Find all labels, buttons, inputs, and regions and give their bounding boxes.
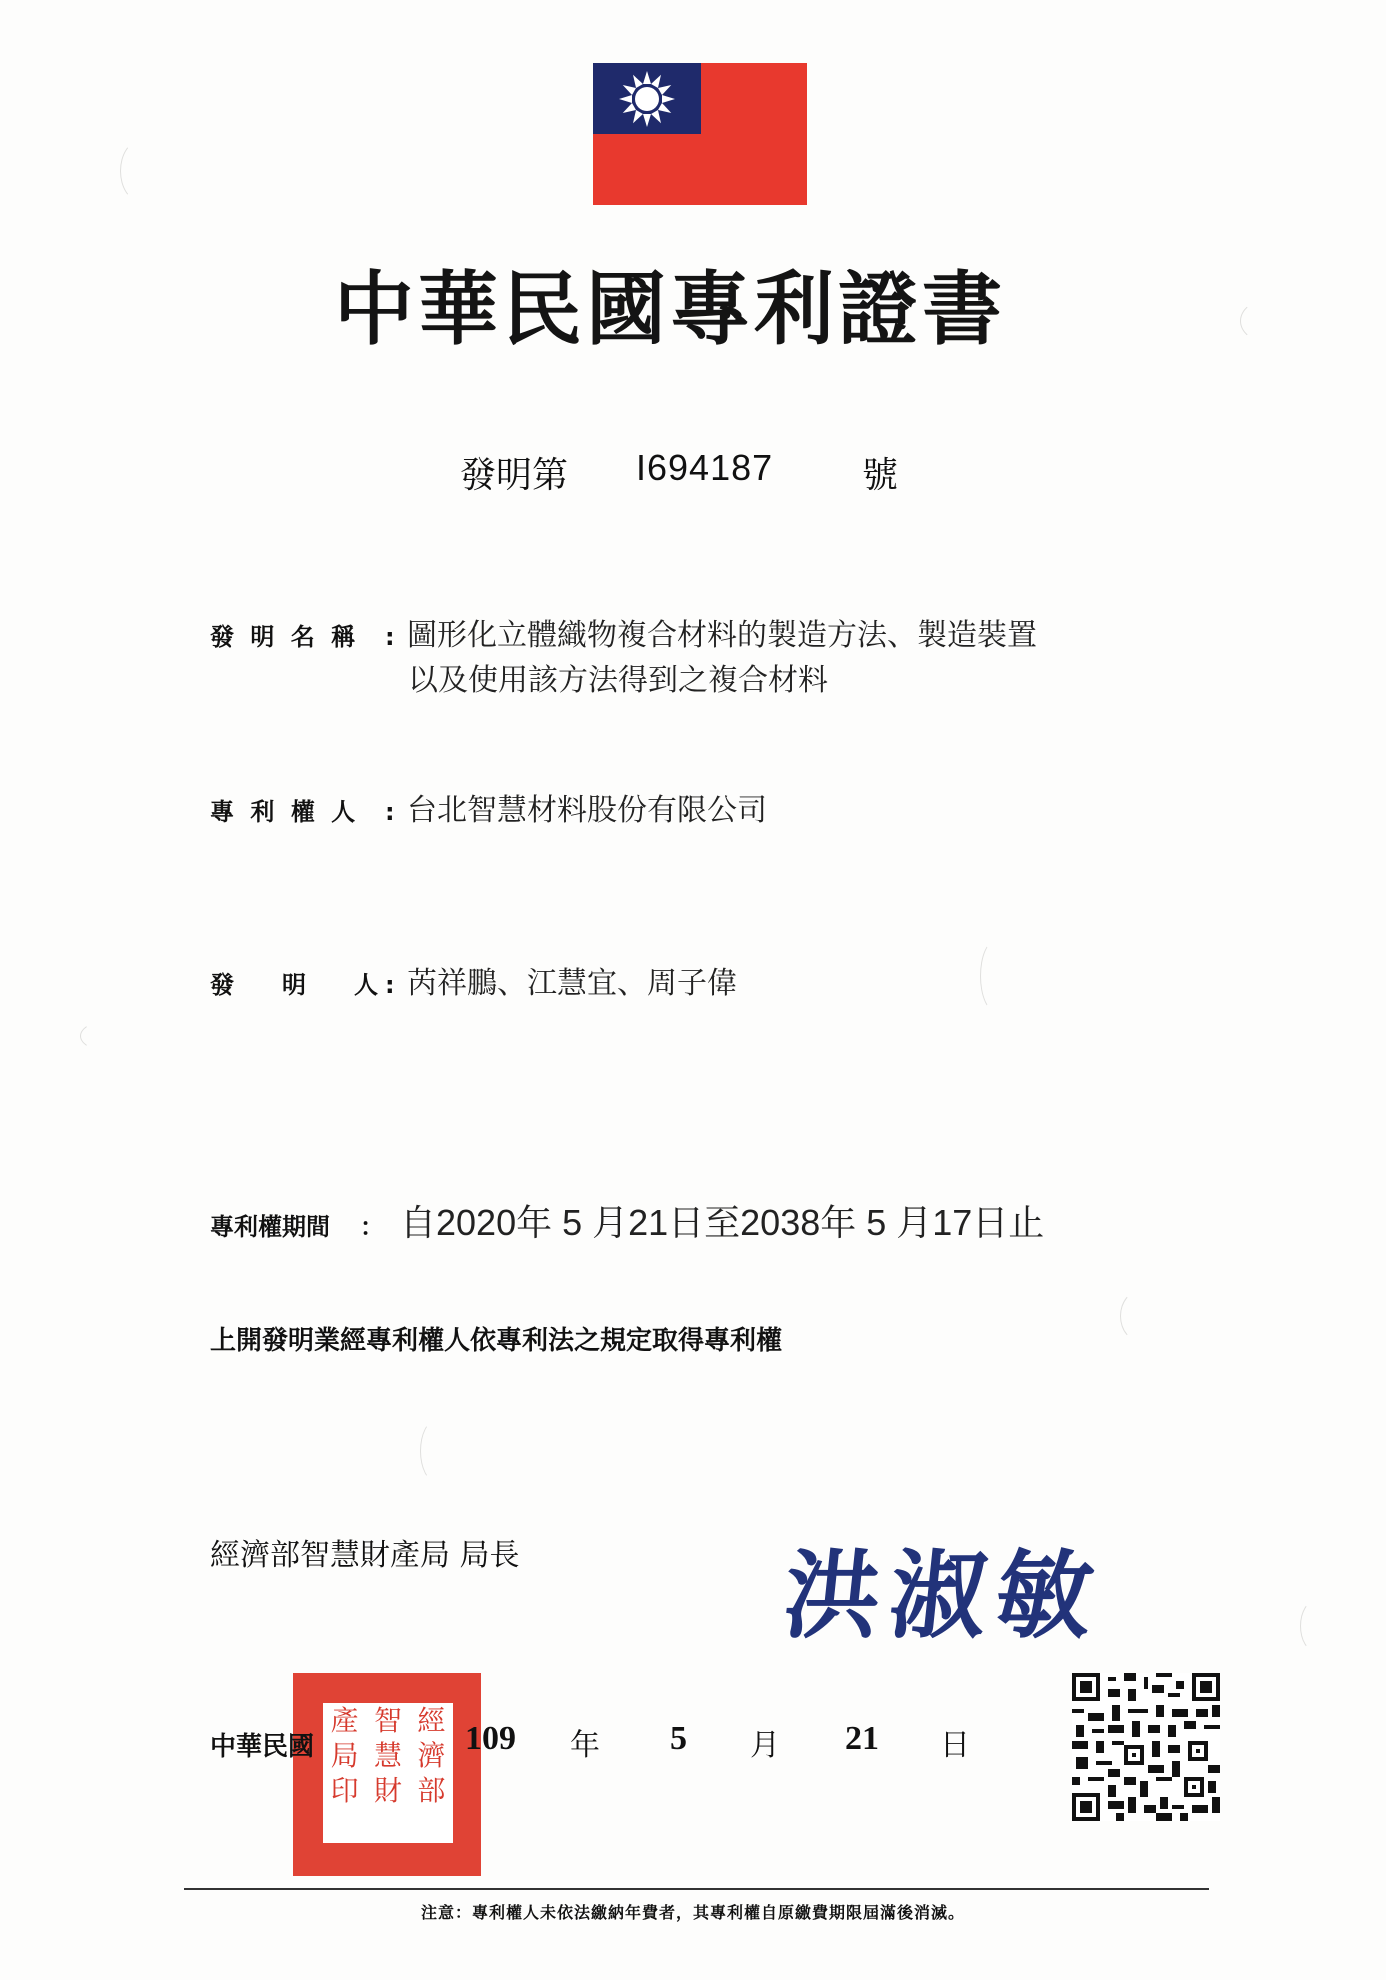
grant-statement: 上開發明業經專利權人依專利法之規定取得專利權 xyxy=(210,1320,782,1357)
patentee-value: 台北智慧材料股份有限公司 xyxy=(407,785,767,829)
inventors-row: 發 明 人:芮祥鵬、江慧宜、周子偉 xyxy=(210,958,737,1002)
term-row: 專利權期間：自2020年 5 月21日至2038年 5 月17日止 xyxy=(210,1195,1044,1246)
verification-qr-code[interactable] xyxy=(1072,1673,1220,1821)
seal-glyph: 經 xyxy=(410,1703,453,1738)
inventors-label: 發 明 人 xyxy=(210,965,385,1000)
invention-title-line-2: 以及使用該方法得到之複合材料 xyxy=(408,655,828,699)
seal-glyph: 局 xyxy=(323,1738,366,1773)
issue-date-year: 109 xyxy=(465,1720,516,1758)
issue-date-month-unit: 月 xyxy=(750,1720,780,1764)
paper-fiber xyxy=(980,940,1012,1012)
colon: : xyxy=(385,971,407,999)
director-signature: 洪淑敏 xyxy=(778,1520,1110,1657)
white-sun-icon xyxy=(615,67,679,131)
patentee-label: 專 利 權 人 xyxy=(210,792,385,827)
patent-number-suffix: 號 xyxy=(862,447,898,498)
issue-date-year-unit: 年 xyxy=(570,1720,600,1764)
issue-date-day-unit: 日 xyxy=(940,1720,970,1764)
seal-glyph: 印 xyxy=(323,1773,366,1808)
qr-code-icon xyxy=(1072,1673,1220,1821)
roc-flag xyxy=(593,63,807,205)
term-label: 專利權期間 xyxy=(210,1207,360,1242)
issuer-title: 經濟部智慧財產局 局長 xyxy=(210,1530,520,1574)
paper-fiber xyxy=(1300,1600,1332,1652)
paper-fiber xyxy=(120,140,162,202)
issue-date-day: 21 xyxy=(845,1720,879,1758)
seal-glyph: 部 xyxy=(410,1773,453,1808)
invention-title-line-1: 圖形化立體織物複合材料的製造方法、製造裝置 xyxy=(407,610,1037,654)
colon: : xyxy=(385,623,407,651)
official-seal: 經 智 產 濟 慧 局 部 財 印 xyxy=(293,1673,481,1876)
inventors-value: 芮祥鵬、江慧宜、周子偉 xyxy=(407,958,737,1002)
seal-glyph: 慧 xyxy=(366,1738,409,1773)
seal-glyph: 產 xyxy=(323,1703,366,1738)
issue-date-month: 5 xyxy=(670,1720,687,1758)
patentee-row: 專 利 權 人:台北智慧材料股份有限公司 xyxy=(210,785,767,829)
seal-glyph: 財 xyxy=(366,1773,409,1808)
term-value: 自2020年 5 月21日至2038年 5 月17日止 xyxy=(400,1195,1044,1246)
paper-fiber xyxy=(420,1420,452,1482)
patent-number-value: I694187 xyxy=(636,447,773,489)
paper-fiber xyxy=(1240,300,1292,342)
patent-number-prefix: 發明第 xyxy=(460,447,568,498)
invention-title-row-2: 以及使用該方法得到之複合材料 xyxy=(408,655,828,699)
footer-notice: 注意：專利權人未依法繳納年費者，其專利權自原繳費期限屆滿後消滅。 xyxy=(0,1900,1386,1923)
colon: ： xyxy=(360,1207,400,1242)
issue-date-era: 中華民國 xyxy=(210,1726,314,1763)
flag-canton xyxy=(593,63,701,134)
seal-inner: 經 智 產 濟 慧 局 部 財 印 xyxy=(323,1703,453,1843)
seal-glyph: 智 xyxy=(366,1703,409,1738)
colon: : xyxy=(385,798,407,826)
certificate-title: 中華民國專利證書 xyxy=(334,245,1064,360)
seal-glyph: 濟 xyxy=(410,1738,453,1773)
paper-fiber xyxy=(80,1020,142,1052)
footer-divider xyxy=(184,1888,1209,1890)
paper-fiber xyxy=(1120,1290,1162,1342)
invention-title-label: 發 明 名 稱 xyxy=(210,617,385,652)
invention-title-row: 發 明 名 稱:圖形化立體織物複合材料的製造方法、製造裝置 xyxy=(210,610,1037,654)
